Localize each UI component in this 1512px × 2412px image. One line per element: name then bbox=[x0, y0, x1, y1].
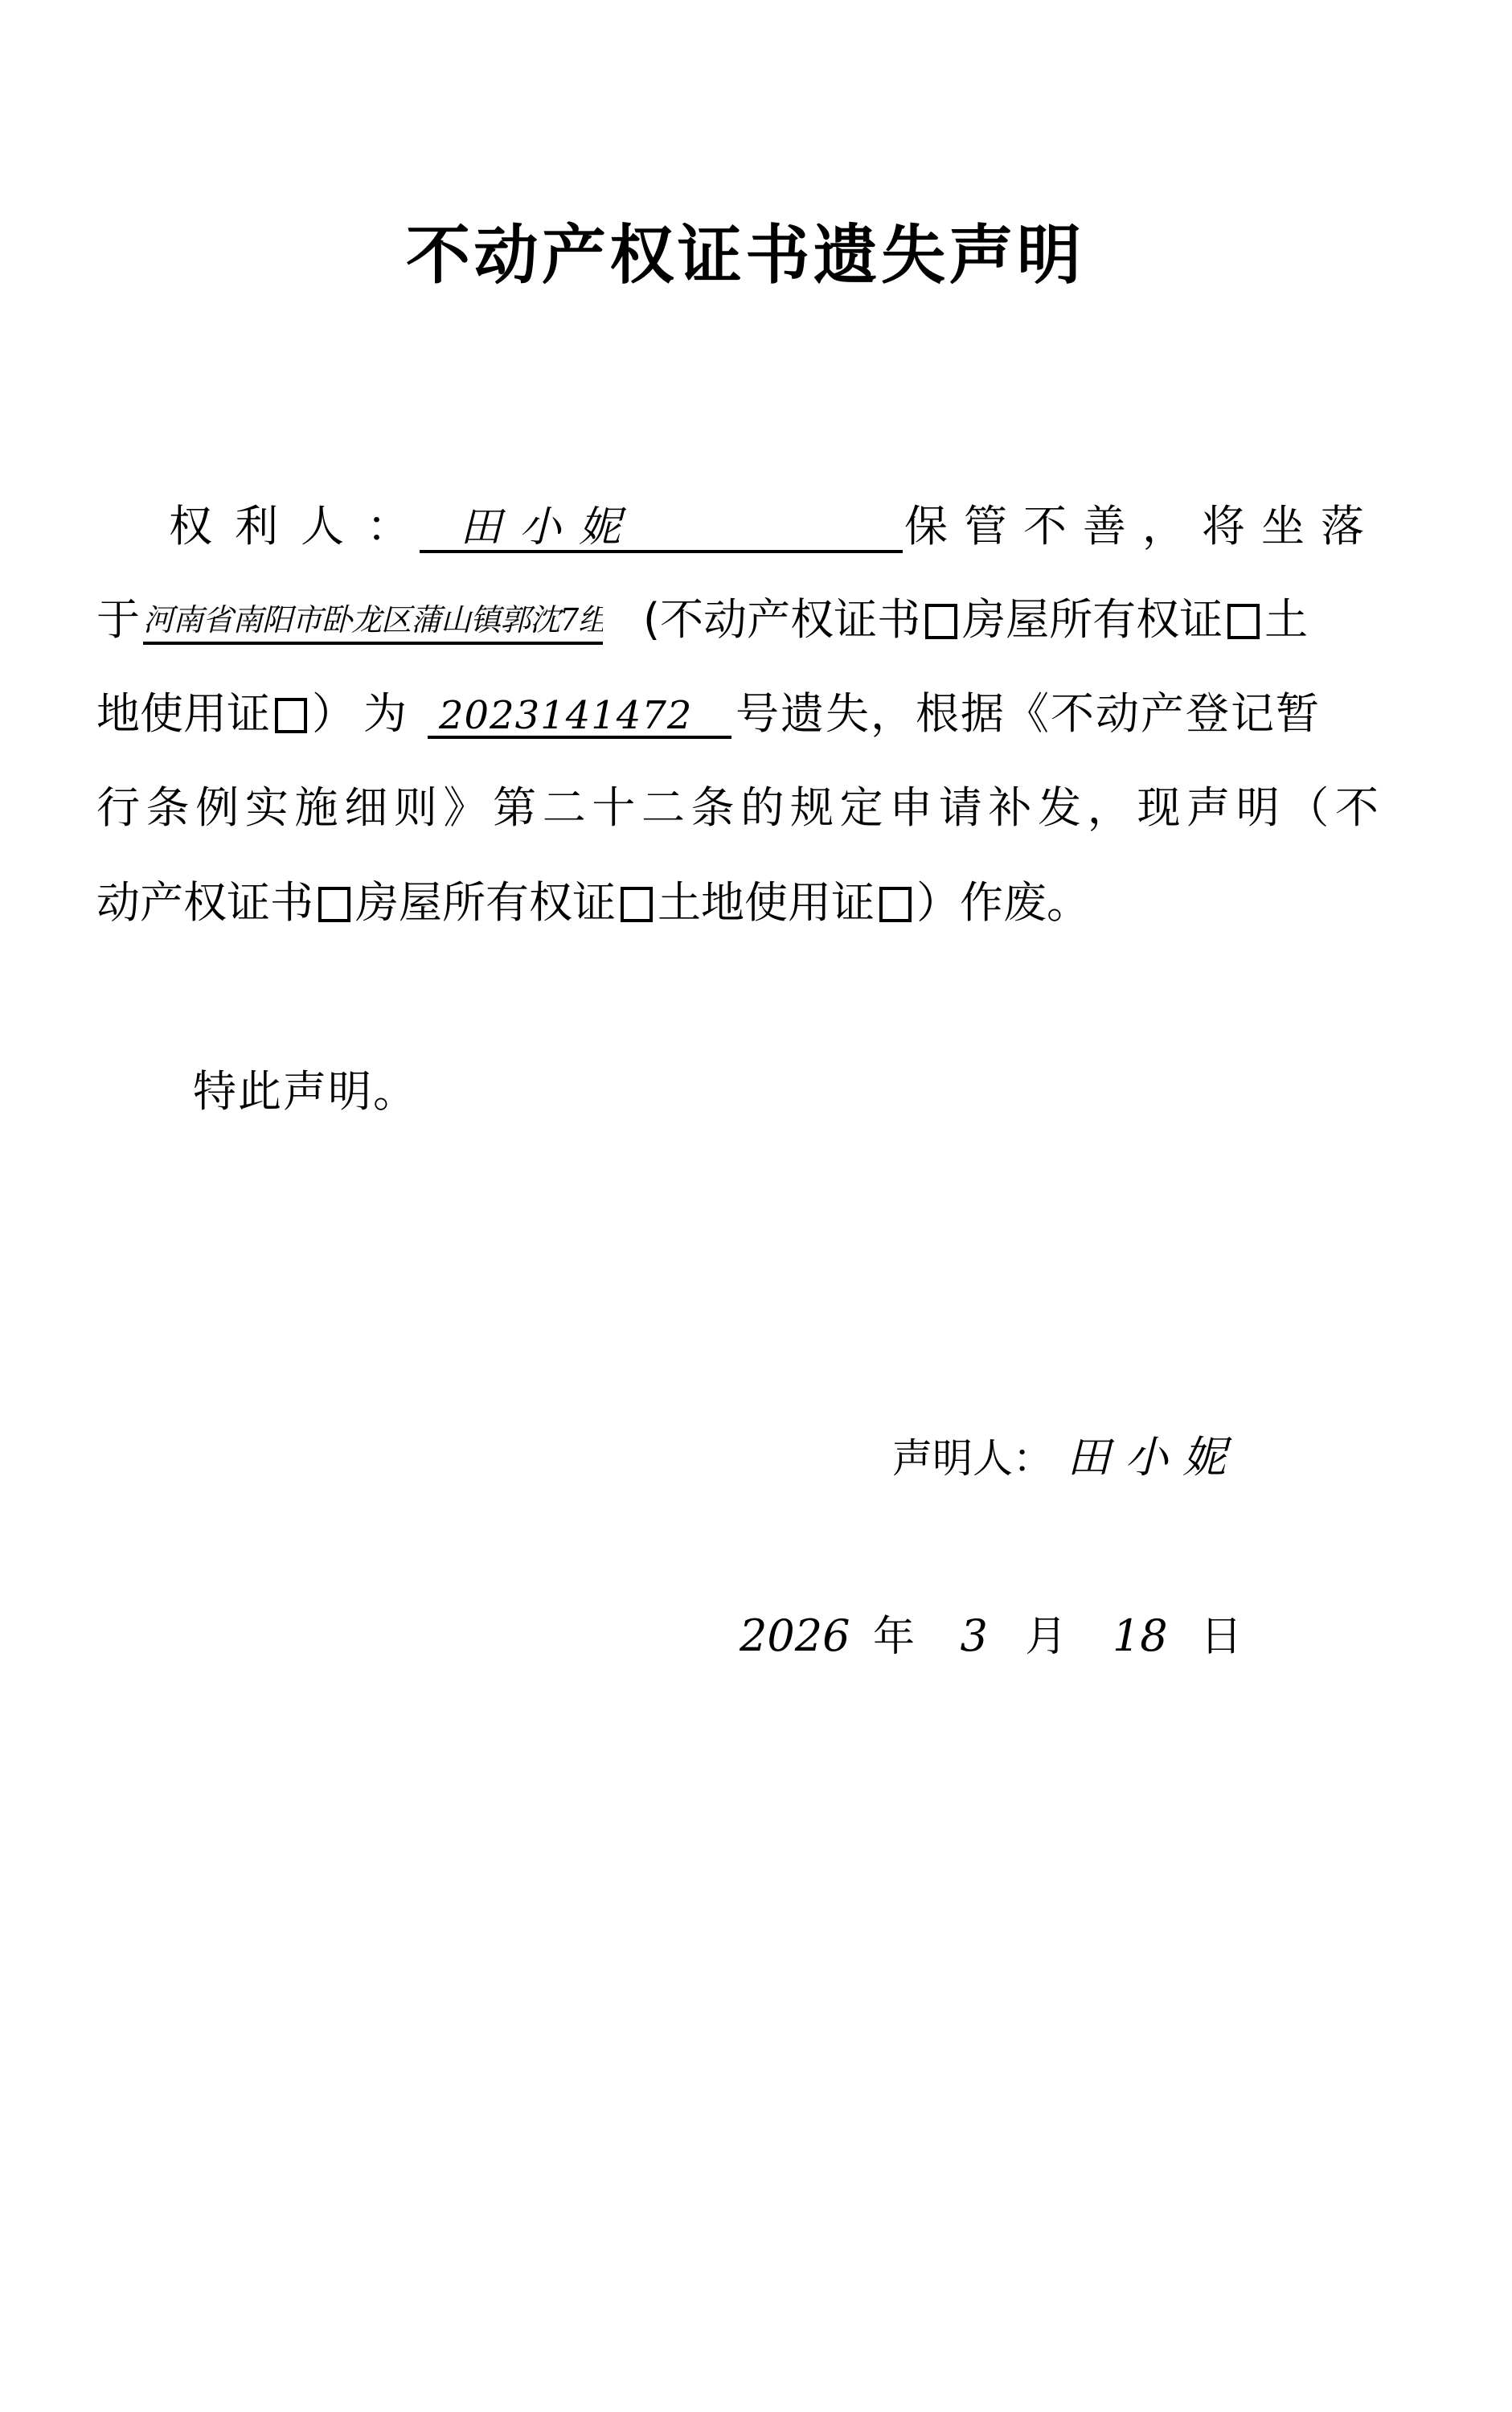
line3-text-after: 号遗失，根据《不动产登记暂 bbox=[736, 686, 1321, 742]
line5-text-a: 动产权证书 bbox=[96, 877, 313, 928]
signature-block: 声明人： 田小妮 bbox=[892, 1430, 1240, 1486]
date-day[interactable]: 18 bbox=[1112, 1610, 1168, 1661]
body-line-4: 行条例实施细则》第二十二条的规定申请补发，现声明（不 bbox=[96, 780, 1379, 836]
line3-text-a: 地使用证）为 bbox=[96, 686, 415, 742]
checkbox-house-ownership-certificate[interactable] bbox=[1227, 604, 1260, 639]
line5-text-d: ）作废。 bbox=[916, 877, 1090, 928]
document-title: 不动产权证书遗失声明 bbox=[406, 215, 1081, 296]
line3-text-close: ）为 bbox=[312, 688, 415, 739]
line1-text-after: 保管不善，将坐落 bbox=[904, 498, 1380, 555]
rights-holder-label: 权利人： bbox=[169, 498, 432, 555]
signature-label: 声明人： bbox=[892, 1435, 1053, 1482]
body-line-2: 于 河南省南阳市卧龙区蒲山镇郭沈7组245号 (不动产权证书房屋所有权证土 bbox=[96, 592, 1379, 648]
body-line-5: 动产权证书房屋所有权证土地使用证）作废。 bbox=[96, 875, 1158, 931]
date-month[interactable]: 3 bbox=[961, 1610, 988, 1661]
body-line-1: 权利人： 田小妮 保管不善，将坐落 bbox=[169, 498, 1379, 555]
date-month-label: 月 bbox=[1025, 1613, 1067, 1661]
body-line-3: 地使用证）为 2023141472 号遗失，根据《不动产登记暂 bbox=[96, 686, 1379, 742]
line3-text-start: 地使用证 bbox=[96, 688, 270, 739]
certificate-number-field[interactable]: 2023141472 bbox=[428, 686, 731, 739]
certificate-number: 2023141472 bbox=[439, 693, 692, 738]
line2-text-after: (不动产权证书 bbox=[643, 594, 920, 645]
checkbox-real-estate-certificate-void[interactable] bbox=[318, 887, 350, 922]
date-year[interactable]: 2026 bbox=[740, 1610, 850, 1661]
line5-text-b: 房屋所有权证 bbox=[355, 877, 616, 928]
signature-name[interactable]: 田小妮 bbox=[1067, 1432, 1240, 1483]
checkbox-land-use-certificate-void[interactable] bbox=[879, 887, 912, 922]
date-year-label: 年 bbox=[873, 1613, 915, 1661]
date-day-label: 日 bbox=[1200, 1613, 1242, 1661]
rights-holder-name: 田小妮 bbox=[460, 503, 638, 552]
line2-text-a: (不动产权证书房屋所有权证土 bbox=[643, 592, 1308, 648]
checkbox-real-estate-certificate[interactable] bbox=[925, 604, 957, 639]
checkbox-land-use-certificate[interactable] bbox=[275, 698, 307, 733]
rights-holder-field[interactable]: 田小妮 bbox=[420, 498, 903, 553]
property-address-field[interactable]: 河南省南阳市卧龙区蒲山镇郭沈7组245号 bbox=[143, 592, 603, 645]
line2-prefix: 于 bbox=[96, 592, 140, 648]
closing-statement: 特此声明。 bbox=[193, 1064, 418, 1120]
line5-text-c: 土地使用证 bbox=[658, 877, 875, 928]
date-block: 2026 年 3 月 18 日 bbox=[740, 1608, 1242, 1664]
line2-text-end: 土 bbox=[1264, 594, 1308, 645]
checkbox-house-ownership-certificate-void[interactable] bbox=[621, 887, 653, 922]
line2-text-mid: 房屋所有权证 bbox=[962, 594, 1223, 645]
